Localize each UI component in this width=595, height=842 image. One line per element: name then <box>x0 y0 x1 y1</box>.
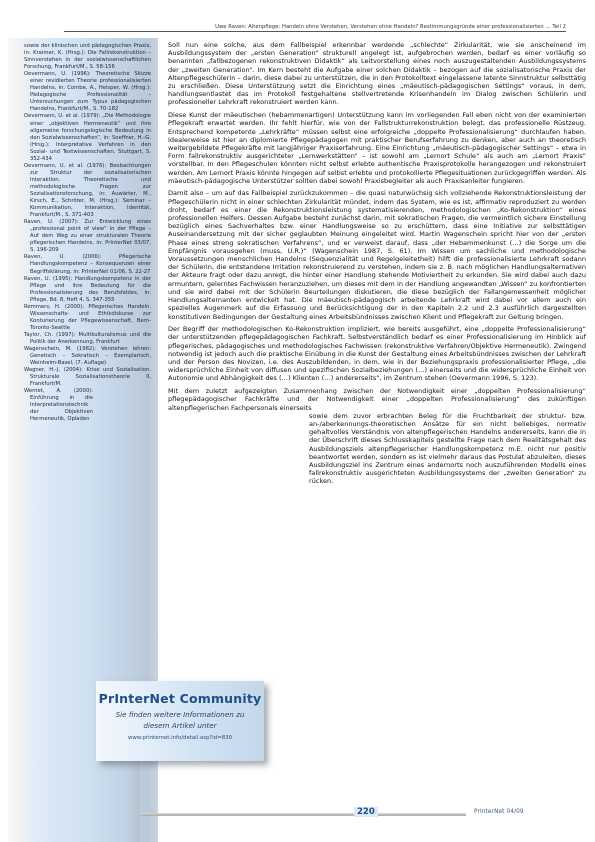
reference-item: Remmers, H. (2000): Pflegerisches Handel… <box>24 304 151 332</box>
reference-item: Wagner, H.-J. (2004): Krise und Sozialis… <box>24 367 151 388</box>
promo-title: PrInterNet Community <box>96 691 264 706</box>
body-paragraph: Damit also – um auf das Fallbeispiel zur… <box>168 189 586 320</box>
promo-url-link[interactable]: www.printernet.info/detail.asp?id=830 <box>96 735 264 741</box>
references-list: sowie der klinischen und pädagogischen P… <box>24 43 151 424</box>
reference-item: Oevermann, U. et al. (1979): „Die Method… <box>24 113 151 162</box>
page-number: 220 <box>354 807 378 817</box>
reference-item: sowie der klinischen und pädagogischen P… <box>24 43 151 71</box>
reference-item: Raven, U. (2007): Zur Entwicklung eines … <box>24 219 151 254</box>
reference-item: Raven, U. (1995): Handlungskompetenz in … <box>24 276 151 304</box>
body-paragraph: Mit dem zuletzt aufgezeigten Zusammenhan… <box>168 387 586 412</box>
reference-item: Wernet, A. (2000): Einführung in die Int… <box>24 388 93 423</box>
reference-item: Raven, U. (2006): Pflegerische Handlungs… <box>24 254 151 275</box>
journal-issue: PrInterNet 04/09 <box>474 809 524 815</box>
reference-item: Wagenschein, M. (1982): Verstehen lehren… <box>24 346 151 367</box>
promo-shadow-decoration <box>130 761 140 842</box>
promo-text-line1: Sie finden weitere Informationen zu <box>96 709 264 720</box>
body-paragraph: Diese Kunst der mäeutischen (hebammenart… <box>168 111 586 185</box>
footer-rule <box>140 813 466 816</box>
article-body: Soll nun eine solche, aus dem Fallbeispi… <box>168 41 586 490</box>
reference-item: Oevermann, U. (1996): Theoretische Skizz… <box>24 71 151 113</box>
reference-item: Taylor, Ch. (1997): Multikulturalismus u… <box>24 332 151 346</box>
body-paragraph-wrapped: sowie dem zuvor erbrachten Beleg für die… <box>309 412 586 486</box>
body-paragraph: Der Begriff der methodologischen Ko-Reko… <box>168 325 586 382</box>
reference-item: Oevermann, U. et al. (1976): Beobachtung… <box>24 163 151 219</box>
running-header: Uwe Raven: Altenpflege: Handeln ohne Ver… <box>64 24 566 32</box>
community-promo-box: PrInterNet Community Sie finden weitere … <box>96 681 264 761</box>
body-paragraph: Soll nun eine solche, aus dem Fallbeispi… <box>168 41 586 107</box>
promo-text-line2: diesem Artikel unter <box>96 720 264 731</box>
